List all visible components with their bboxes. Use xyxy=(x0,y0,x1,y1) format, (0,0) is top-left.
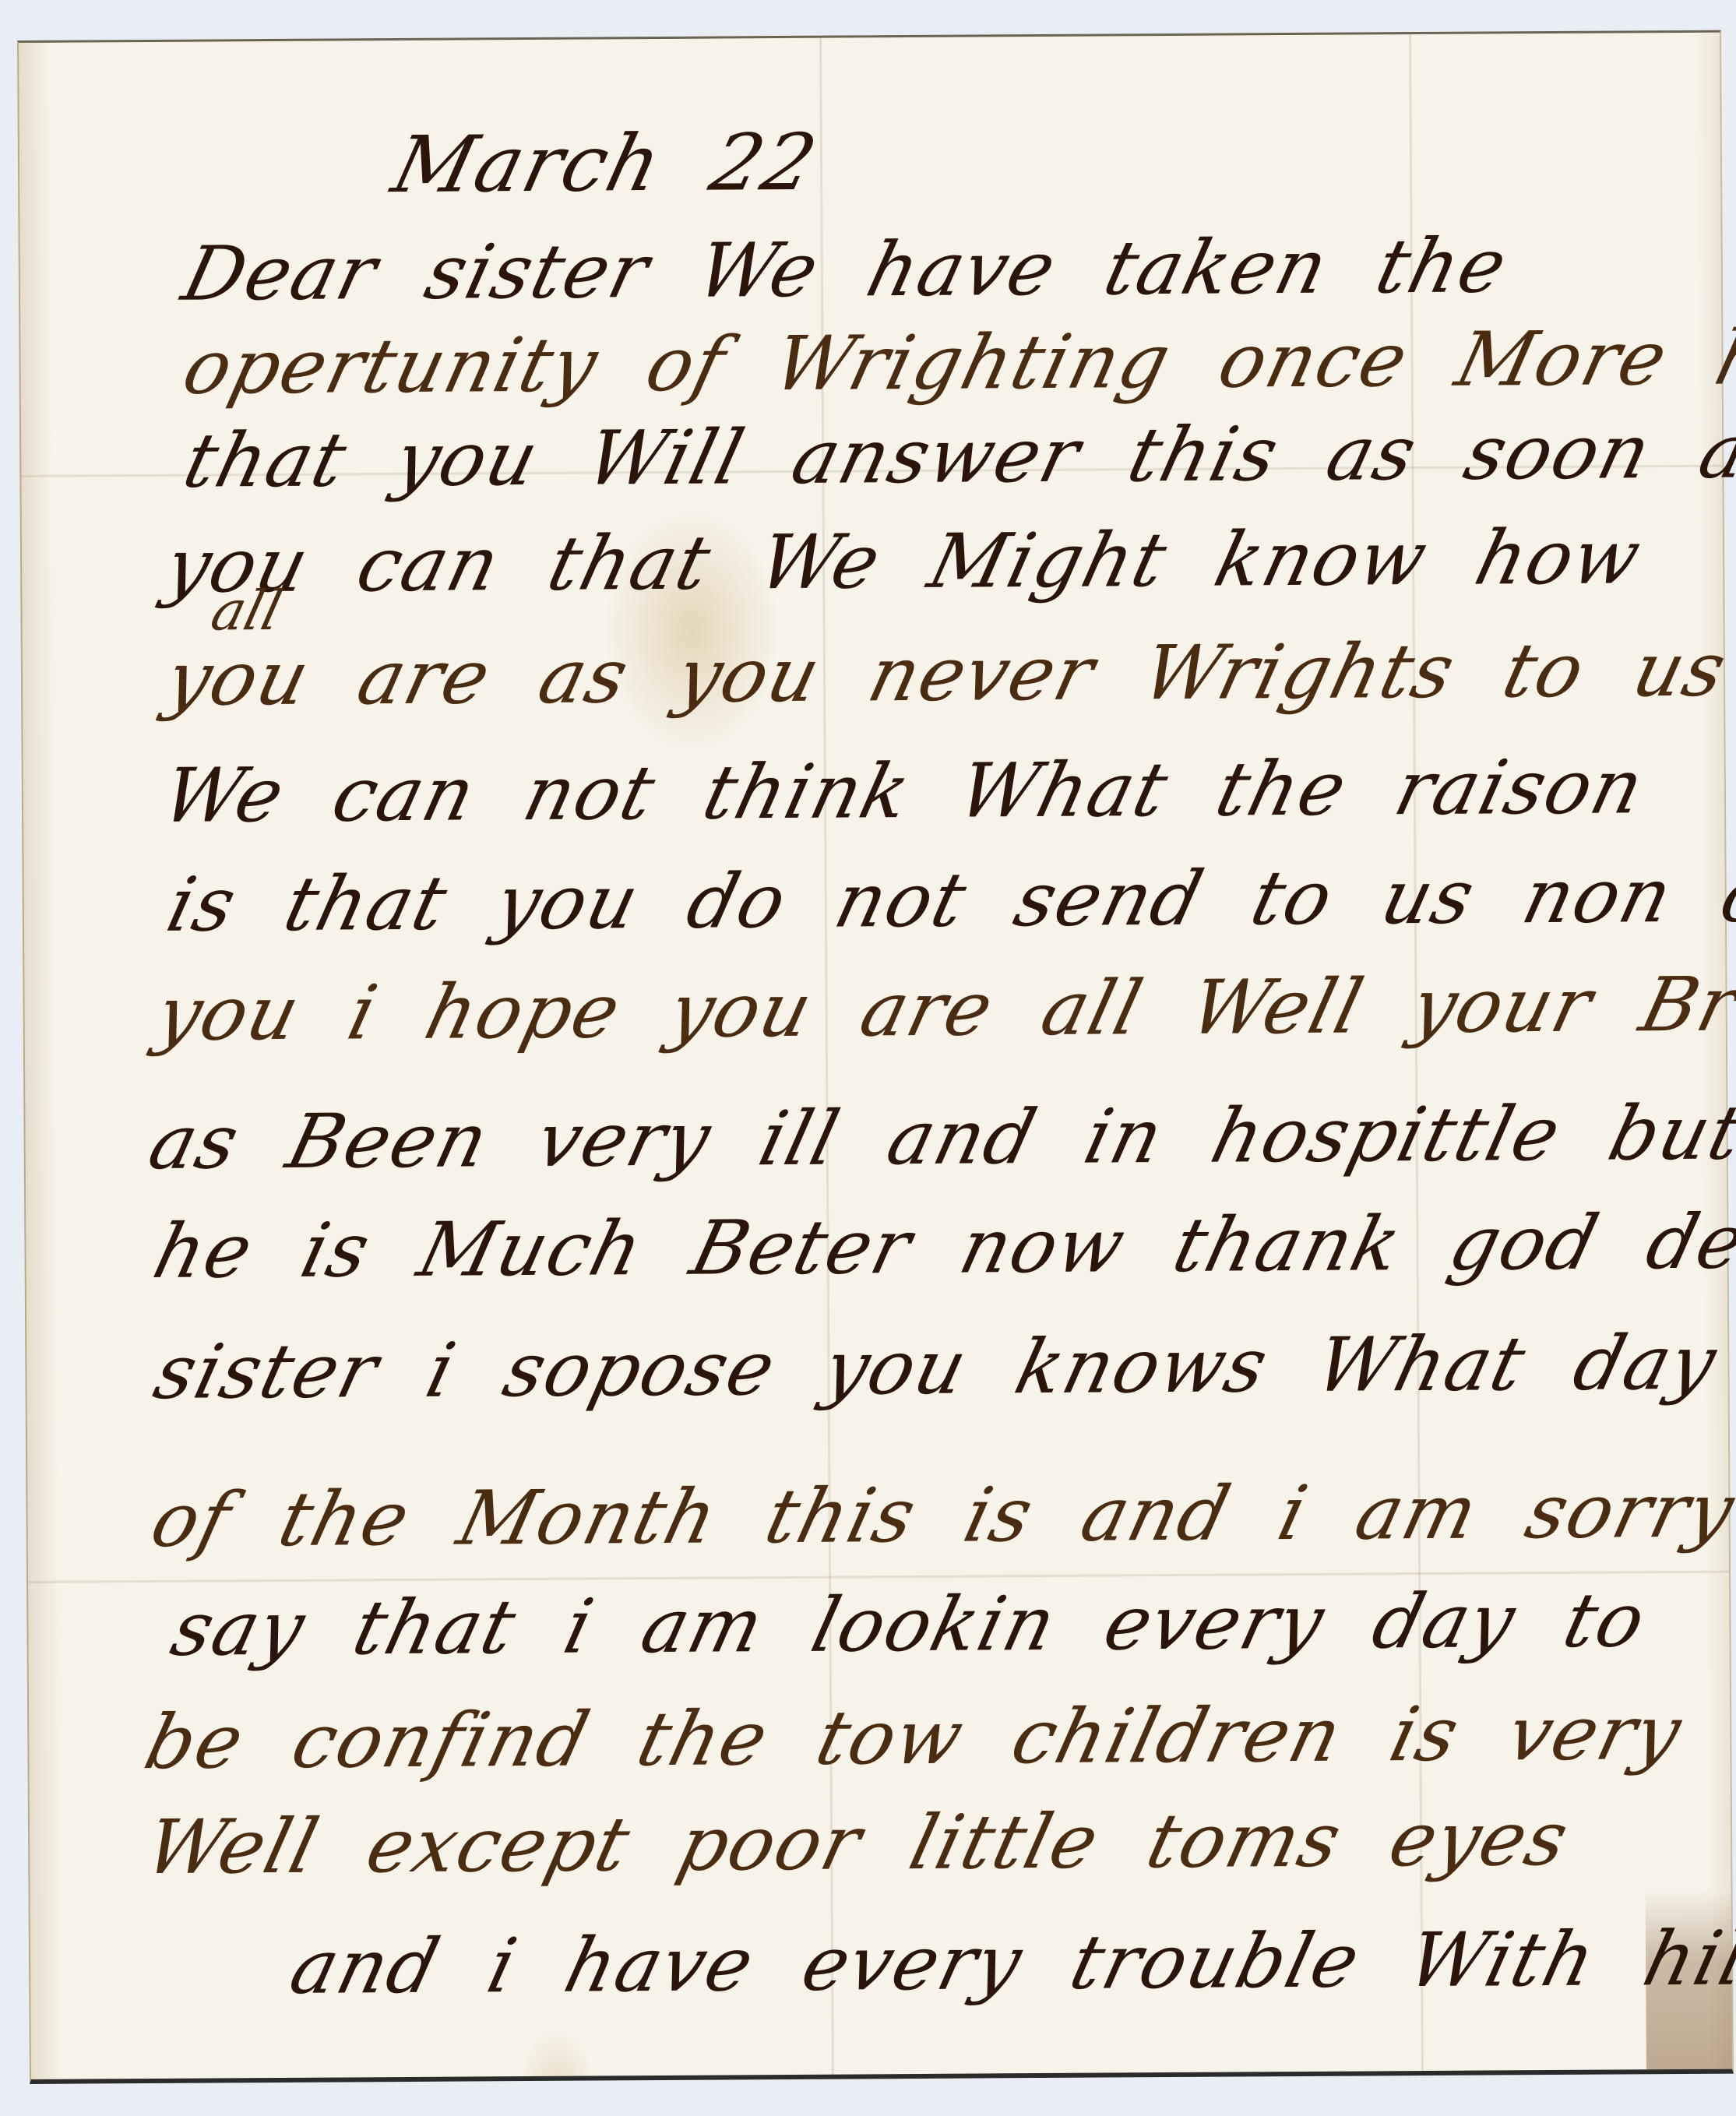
letter-line: opertunity of Wrighting once More hopen xyxy=(177,319,1736,405)
letter-line: Well except poor little toms eyes xyxy=(139,1801,1576,1885)
letter-line: is that you do not send to us non of xyxy=(160,857,1736,942)
letter-line: be confind the tow children is very xyxy=(139,1695,1689,1780)
superscript-insert: all xyxy=(206,579,288,643)
letter-line: you i hope you are all Well your Brother xyxy=(150,966,1736,1051)
letter-line: Dear sister We have taken the xyxy=(176,228,1515,312)
letter-line: and i have every trouble With hill xyxy=(283,1921,1736,2005)
letter-page: March 22 Dear sister We have taken the o… xyxy=(17,30,1734,2084)
letter-line: of the Month this is and i am sorry to xyxy=(145,1472,1736,1558)
letter-line: he is Much Beter now thank god dear xyxy=(147,1204,1736,1289)
letter-line: say that i am lookin every day to xyxy=(165,1583,1653,1667)
letter-line: as Been very ill and in hospittle but xyxy=(143,1095,1736,1180)
letter-date: March 22 xyxy=(386,124,825,204)
letter-line: sister i sopose you knows What day xyxy=(148,1326,1724,1410)
letter-line: you are as you never Wrights to us xyxy=(159,632,1734,716)
letter-line: that you Will answer this as soon as xyxy=(178,414,1736,498)
letter-line: you can that We Might know how xyxy=(158,519,1649,604)
letter-line: We can not think What the raison xyxy=(156,749,1651,833)
